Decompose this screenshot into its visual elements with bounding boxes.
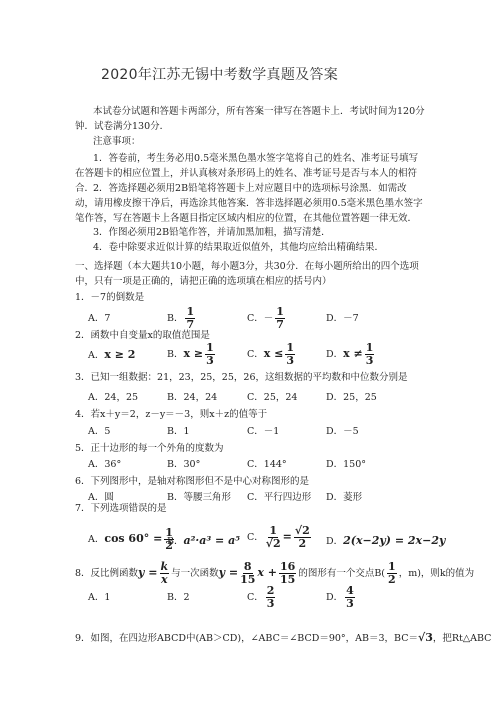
q2-option-b-label: B． bbox=[167, 349, 183, 360]
question-2-stem: 2．函数中自变量x的取值范围是 bbox=[75, 331, 210, 341]
q8-text: 8．反比例函数 bbox=[75, 568, 138, 579]
q8-option-d-label: D． bbox=[326, 592, 343, 603]
math-expression: x + bbox=[257, 566, 277, 579]
q7-option-c: C．1√2=√22 bbox=[247, 525, 313, 550]
q8-option-c: C．23 bbox=[247, 585, 277, 610]
q8-option-d: D．43 bbox=[326, 585, 357, 610]
notice-4: 4．卷中除要求近似计算的结果取近似值外，其他均应给出精确结果． bbox=[93, 243, 384, 253]
q2-option-c-label: C． bbox=[247, 349, 264, 360]
fraction: 43 bbox=[345, 585, 355, 610]
q1-option-c: C．－17 bbox=[247, 306, 287, 331]
q7-option-a: A．cos 60° =12 bbox=[88, 527, 176, 552]
q2-option-d: D．x ≠13 bbox=[326, 342, 376, 367]
question-3-stem: 3．已知一组数据：21，23，25，25，26，这组数据的平均数和中位数分别是 bbox=[75, 373, 408, 383]
fraction: 13 bbox=[205, 342, 215, 367]
q6-option-b: B．等腰三角形 bbox=[167, 493, 231, 503]
document-title: 2020年江苏无锡中考数学真题及答案 bbox=[101, 68, 338, 82]
section-heading-choice: 一、选择题（本大题共10小题，每小题3分，共30分．在每小题所给出的四个选项中，… bbox=[75, 259, 425, 289]
q5-option-d: D．150° bbox=[326, 460, 366, 470]
q8-text: ，m)，则k的值为 bbox=[399, 568, 474, 579]
fraction: 12 bbox=[387, 561, 397, 586]
q1-option-b-label: B． bbox=[167, 313, 183, 324]
q7-option-d-label: D． bbox=[326, 536, 343, 547]
q9-text: 9．如图，在四边形ABCD中(AB＞CD)，∠ABC＝∠BCD＝90°，AB＝3… bbox=[75, 633, 418, 644]
q6-option-a: A．圆 bbox=[88, 493, 114, 503]
q1-option-a: A．7 bbox=[88, 314, 110, 324]
q3-option-d: D．25，25 bbox=[326, 393, 377, 403]
question-1-stem: 1．－7的倒数是 bbox=[75, 293, 144, 303]
q7-option-a-label: A． bbox=[88, 534, 104, 545]
fraction: 1615 bbox=[279, 561, 296, 586]
math-expression: a²·a³ = a⁵ bbox=[183, 534, 240, 547]
fraction: √22 bbox=[294, 525, 311, 550]
notice-2: 2．答选择题必须用2B铅笔将答题卡上对应题目中的选项标号涂黑．如需改动，请用橡皮… bbox=[75, 181, 425, 226]
question-4-stem: 4．若x＋y＝2，z－y＝－3，则x＋z的值等于 bbox=[75, 410, 267, 420]
q4-option-d: D．－5 bbox=[326, 427, 359, 437]
fraction: 17 bbox=[275, 306, 285, 331]
math-expression: 2(x−2y) = 2x−2y bbox=[343, 534, 445, 547]
q8-text: 与一次函数 bbox=[171, 568, 219, 579]
question-8-stem: 8．反比例函数y =kx与一次函数y =815x +1615的图形有一个交点B(… bbox=[75, 561, 474, 586]
q2-option-c: C．x ≤13 bbox=[247, 342, 297, 367]
q6-option-c: C．平行四边形 bbox=[247, 493, 311, 503]
fraction: 23 bbox=[266, 585, 276, 610]
question-5-stem: 5．正十边形的每一个外角的度数为 bbox=[75, 444, 224, 454]
math-expression: y = bbox=[219, 566, 238, 579]
q3-option-b: B．24，24 bbox=[167, 393, 217, 403]
q4-option-c: C．－1 bbox=[247, 427, 279, 437]
math-expression: x ≥ bbox=[183, 347, 203, 360]
q7-option-b: B．a²·a³ = a⁵ bbox=[167, 535, 240, 547]
q6-option-d: D．菱形 bbox=[326, 493, 362, 503]
math-expression: x ≥ 2 bbox=[104, 348, 135, 361]
question-6-stem: 6．下列图形中，是轴对称图形但不是中心对称图形的是 bbox=[75, 477, 309, 487]
math-expression: y = bbox=[138, 566, 157, 579]
q3-option-a: A．24，25 bbox=[88, 393, 138, 403]
q2-option-a-label: A． bbox=[88, 350, 104, 361]
fraction: 17 bbox=[185, 306, 195, 331]
q1-option-d: D．－7 bbox=[326, 314, 359, 324]
q1-option-b: B．17 bbox=[167, 306, 197, 331]
intro-paragraph: 本试卷分试题和答题卡两部分，所有答案一律写在答题卡上．考试时间为120分钟．试卷… bbox=[75, 104, 425, 134]
q8-option-a: A．1 bbox=[88, 593, 110, 603]
math-expression: x ≤ bbox=[264, 347, 284, 360]
q5-option-c: C．144° bbox=[247, 460, 287, 470]
q8-option-b: B．2 bbox=[167, 593, 190, 603]
question-9-stem: 9．如图，在四边形ABCD中(AB＞CD)，∠ABC＝∠BCD＝90°，AB＝3… bbox=[75, 632, 491, 644]
q7-option-d: D．2(x−2y) = 2x−2y bbox=[326, 535, 445, 547]
q9-text: ，把Rt△ABC bbox=[433, 633, 492, 644]
math-expression: cos 60° = bbox=[104, 532, 162, 545]
q5-option-a: A．36° bbox=[88, 460, 121, 470]
q8-option-c-label: C． bbox=[247, 592, 264, 603]
q7-option-b-label: B． bbox=[167, 536, 183, 547]
notice-3: 3．作图必须用2B铅笔作答，并请加黑加粗，描写清楚． bbox=[93, 228, 331, 238]
q4-option-b: B．1 bbox=[167, 427, 190, 437]
fraction: 1√2 bbox=[266, 525, 281, 550]
q5-option-b: B．30° bbox=[167, 460, 200, 470]
question-7-stem: 7．下列选项错误的是 bbox=[75, 504, 167, 514]
q2-option-d-label: D． bbox=[326, 349, 343, 360]
q1-option-c-label: C．－ bbox=[247, 313, 273, 324]
q2-option-a: A．x ≥ 2 bbox=[88, 349, 135, 361]
q3-option-c: C．25，24 bbox=[247, 393, 297, 403]
fraction: 13 bbox=[365, 342, 375, 367]
q8-text: 的图形有一个交点B( bbox=[298, 568, 385, 579]
fraction: 13 bbox=[285, 342, 295, 367]
math-expression: √3 bbox=[418, 631, 433, 644]
fraction: 815 bbox=[240, 561, 255, 586]
notice-heading: 注意事项： bbox=[93, 137, 141, 147]
fraction: kx bbox=[160, 561, 170, 586]
q4-option-a: A．5 bbox=[88, 427, 110, 437]
q7-option-c-label: C． bbox=[247, 532, 264, 543]
equals-sign: = bbox=[283, 530, 292, 543]
math-expression: x ≠ bbox=[343, 347, 363, 360]
q2-option-b: B．x ≥13 bbox=[167, 342, 217, 367]
